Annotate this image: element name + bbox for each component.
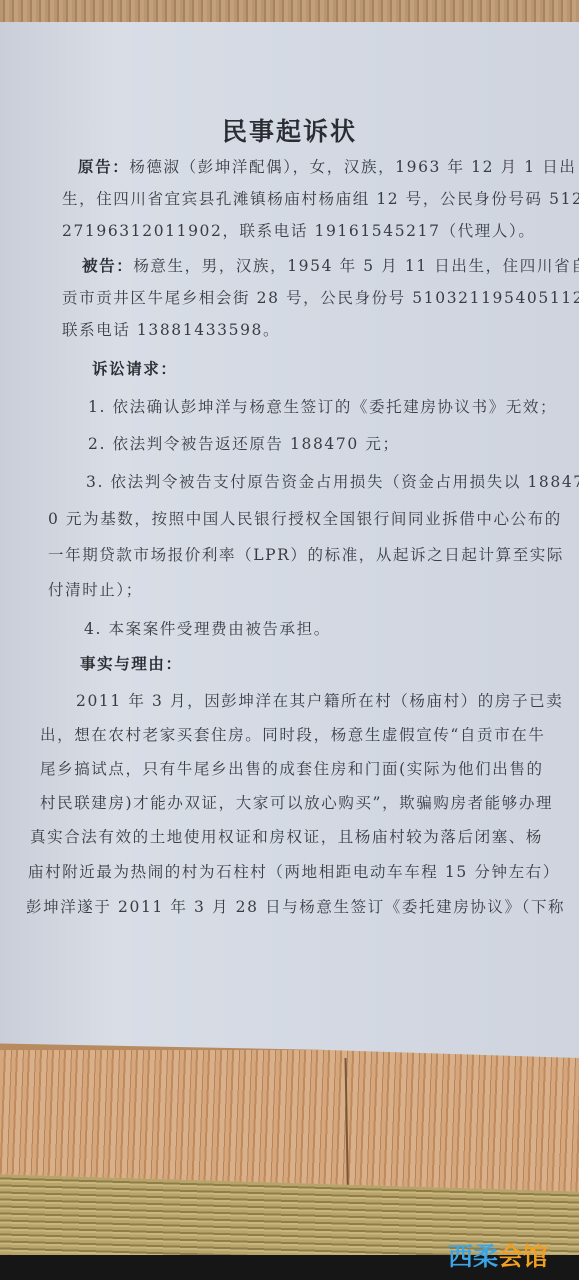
claim-item-3-cont-2: 一年期贷款市场报价利率（LPR）的标准，从起诉之日起计算至实际 — [48, 543, 564, 565]
facts-line-6: 庙村附近最为热闹的村为石柱村（两地相距电动车车程 15 分钟左右） — [28, 860, 560, 882]
watermark-logo: 西柔会馆 — [448, 1237, 548, 1273]
facts-line-1: 2011 年 3 月，因彭坤洋在其户籍所在村（杨庙村）的房子已卖 — [76, 689, 563, 711]
claim-item-4: 4. 本案案件受理费由被告承担。 — [84, 617, 331, 639]
claim-item-1: 1. 依法确认彭坤洋与杨意生签订的《委托建房协议书》无效； — [88, 395, 557, 417]
plaintiff-line-2: 生，住四川省宜宾县孔滩镇杨庙村杨庙组 12 号，公民身份号码 5125 — [62, 187, 579, 209]
claim-item-3: 3. 依法判令被告支付原告资金占用损失（资金占用损失以 18847 — [86, 470, 579, 492]
defendant-text: 杨意生，男，汉族，1954 年 5 月 11 日出生，住四川省自 — [133, 257, 579, 275]
claim-item-2: 2. 依法判令被告返还原告 188470 元； — [88, 432, 400, 454]
watermark-part-1: 西柔 — [448, 1242, 498, 1271]
facts-line-2: 出，想在农村老家买套住房。同时段，杨意生虚假宣传“自贡市在牛 — [40, 723, 545, 745]
facts-line-7: 彭坤洋遂于 2011 年 3 月 28 日与杨意生签订《委托建房协议》（下称 — [26, 895, 565, 917]
facts-line-4: 村民联建房)才能办双证，大家可以放心购买”，欺骗购房者能够办理 — [40, 791, 553, 813]
defendant-line-2: 贡市贡井区牛尾乡相会街 28 号，公民身份号 51032119540511245… — [62, 286, 579, 308]
defendant-line-3: 联系电话 13881433598。 — [62, 318, 280, 340]
plaintiff-line-1: 原告：杨德淑（彭坤洋配偶），女，汉族，1963 年 12 月 1 日出 — [78, 155, 576, 177]
facts-heading: 事实与理由： — [80, 652, 183, 674]
claim-item-3-cont-1: 0 元为基数，按照中国人民银行授权全国银行间同业拆借中心公布的 — [48, 507, 562, 529]
defendant-label: 被告： — [82, 256, 133, 275]
facts-line-5: 真实合法有效的土地使用权证和房权证，且杨庙村较为落后闭塞、杨 — [30, 825, 543, 847]
facts-line-3: 尾乡搞试点，只有牛尾乡出售的成套住房和门面(实际为他们出售的 — [40, 757, 544, 779]
claims-heading: 诉讼请求： — [92, 357, 178, 379]
watermark-part-2: 会馆 — [498, 1242, 548, 1271]
document-title: 民事起诉状 — [0, 112, 579, 148]
plaintiff-label: 原告： — [78, 157, 129, 176]
claim-item-3-cont-3: 付清时止）； — [48, 578, 143, 600]
defendant-line-1: 被告：杨意生，男，汉族，1954 年 5 月 11 日出生，住四川省自 — [82, 254, 579, 276]
plaintiff-text: 杨德淑（彭坤洋配偶），女，汉族，1963 年 12 月 1 日出 — [129, 158, 576, 176]
plaintiff-line-3: 27196312011902，联系电话 19161545217（代理人）。 — [62, 219, 535, 241]
